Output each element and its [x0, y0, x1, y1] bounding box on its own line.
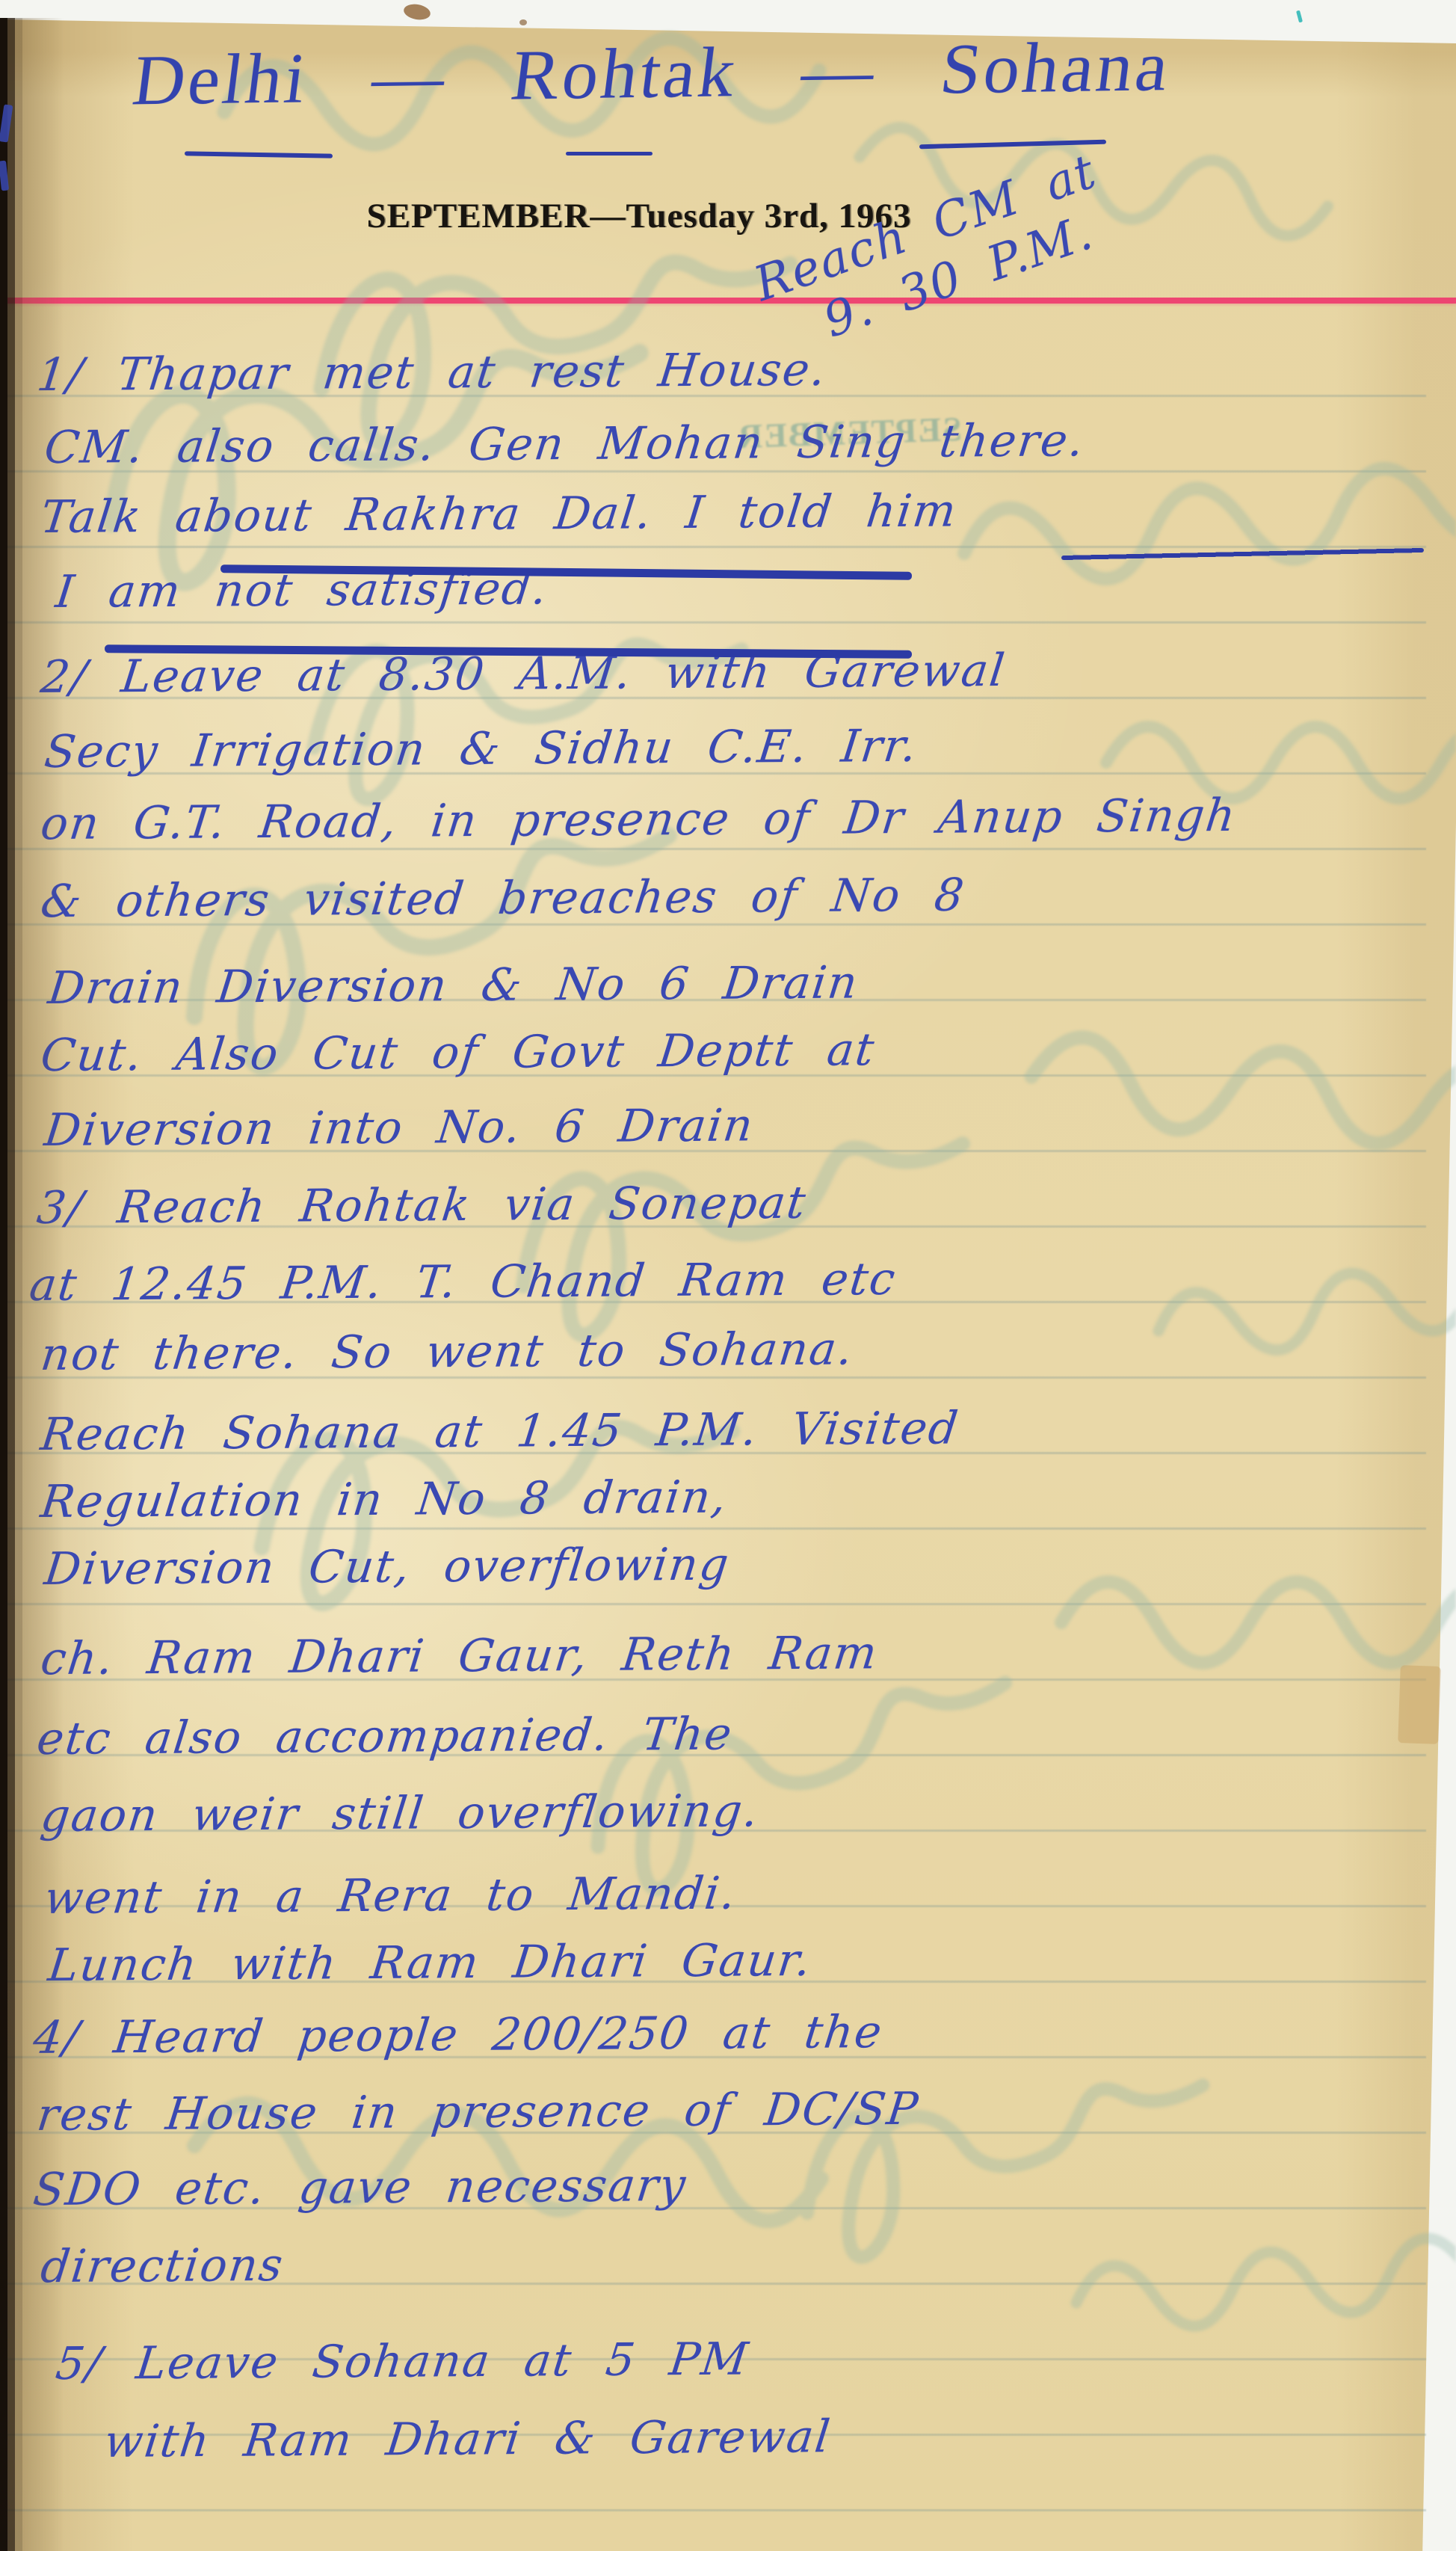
handwritten-line: not there. So went to Sohana. — [38, 1321, 857, 1382]
handwritten-line: Diversion Cut, overflowing — [42, 1537, 733, 1597]
route-separator: — — [368, 34, 453, 118]
handwritten-line: Drain Diversion & No 6 Drain — [46, 955, 862, 1016]
handwritten-line: rest House in presence of DC/SP — [34, 2081, 922, 2143]
handwritten-line: 4/ Heard people 200/250 at the — [31, 2004, 886, 2066]
handwritten-line: CM. also calls. Gen Mohan Sing there. — [42, 413, 1088, 476]
handwritten-line: Reach Sohana at 1.45 P.M. Visited — [38, 1400, 962, 1462]
handwritten-line: Diversion into No. 6 Drain — [42, 1098, 757, 1158]
route-to: Sohana — [936, 24, 1176, 110]
handwritten-line: SDO etc. gave necessary — [31, 2158, 690, 2218]
binding-shadow — [22, 18, 64, 2551]
paper-stain — [519, 19, 527, 25]
handwritten-line: Lunch with Ram Dhari Gaur. — [46, 1933, 815, 1993]
handwritten-line: ch. Ram Dhari Gaur, Reth Ram — [38, 1625, 881, 1687]
route-header: Delhi — Rohtak — Sohana — [129, 24, 1176, 121]
handwritten-line: at 12.45 P.M. T. Chand Ram etc — [27, 1252, 900, 1313]
tape-stain — [1398, 1665, 1441, 1744]
handwritten-line: etc also accompanied. The — [34, 1707, 736, 1767]
handwritten-line: with Ram Dhari & Garewal — [102, 2409, 834, 2470]
route-via: Rohtak — [507, 30, 743, 116]
handwritten-line: directions — [38, 2238, 287, 2295]
handwritten-line: went in a Rera to Mandi. — [42, 1866, 740, 1926]
handwritten-line: on G.T. Road, in presence of Dr Anup Sin… — [38, 788, 1240, 852]
ink-underline — [566, 152, 653, 156]
handwritten-line: Secy Irrigation & Sidhu C.E. Irr. — [42, 718, 921, 780]
handwritten-line: 5/ Leave Sohana at 5 PM — [53, 2332, 753, 2392]
handwritten-line: 1/ Thapar met at rest House. — [34, 342, 830, 403]
handwritten-line: Regulation in No 8 drain, — [38, 1470, 731, 1530]
handwritten-line: Cut. Also Cut of Govt Deptt at — [38, 1022, 878, 1083]
handwritten-line: Talk about Rakhra Dal. I told him — [38, 483, 960, 545]
scanned-diary-page: SEPTEMBER Delhi — Rohtak — Sohana SEPTEM… — [0, 0, 1456, 2551]
route-from: Delhi — [129, 36, 314, 121]
book-binding-edge — [0, 18, 22, 2551]
handwritten-line: & others visited breaches of No 8 — [38, 867, 968, 929]
route-separator: — — [797, 28, 882, 112]
handwritten-line: 3/ Reach Rohtak via Sonepat — [34, 1175, 810, 1236]
handwritten-line: gaon weir still overflowing. — [38, 1783, 762, 1844]
